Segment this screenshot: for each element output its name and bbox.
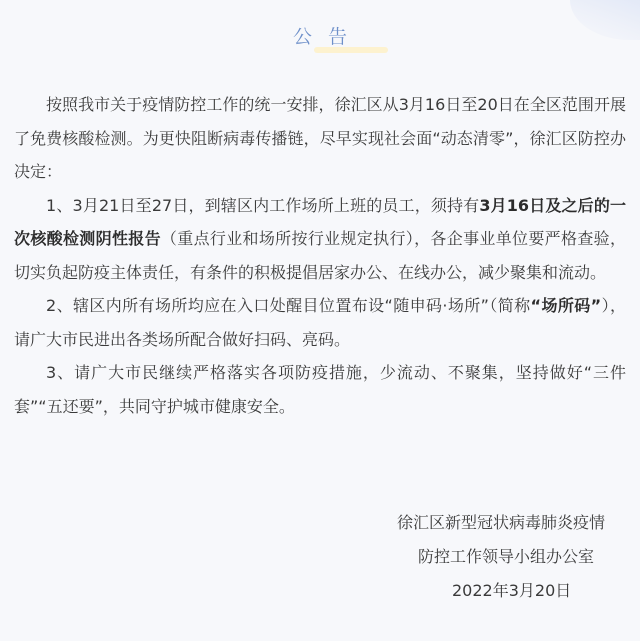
intro-paragraph: 按照我市关于疫情防控工作的统一安排，徐汇区从3月16日至20日在全区范围开展了免… xyxy=(14,88,626,189)
signature-org-line2: 防控工作领导小组办公室 xyxy=(360,540,640,574)
signature-block: 徐汇区新型冠状病毒肺炎疫情 防控工作领导小组办公室 2022年3月20日 xyxy=(360,506,640,608)
item-paragraph-2: 2、辖区内所有场所均应在入口处醒目位置布设“随申码·场所”（简称“场所码”），请… xyxy=(14,289,626,356)
item-2-pre: 2、辖区内所有场所均应在入口处醒目位置布设“随申码·场所”（简称 xyxy=(46,296,531,315)
signature-org-line1: 徐汇区新型冠状病毒肺炎疫情 xyxy=(360,506,640,540)
item-3-pre: 3、请广大市民继续严格落实各项防疫措施，少流动、不聚集，坚持做好“三件套”“五还… xyxy=(14,363,626,416)
item-1-pre: 1、3月21日至27日，到辖区内工作场所上班的员工，须持有 xyxy=(46,196,479,215)
page-title: 公告 xyxy=(277,22,363,49)
title-underline xyxy=(314,47,388,53)
item-2-bold: “场所码” xyxy=(531,296,602,315)
notice-body: 按照我市关于疫情防控工作的统一安排，徐汇区从3月16日至20日在全区范围开展了免… xyxy=(14,88,626,423)
item-paragraph-3: 3、请广大市民继续严格落实各项防疫措施，少流动、不聚集，坚持做好“三件套”“五还… xyxy=(14,356,626,423)
signature-date: 2022年3月20日 xyxy=(360,574,640,608)
header: 公告 xyxy=(0,22,640,49)
item-paragraph-1: 1、3月21日至27日，到辖区内工作场所上班的员工，须持有3月16日及之后的一次… xyxy=(14,189,626,290)
